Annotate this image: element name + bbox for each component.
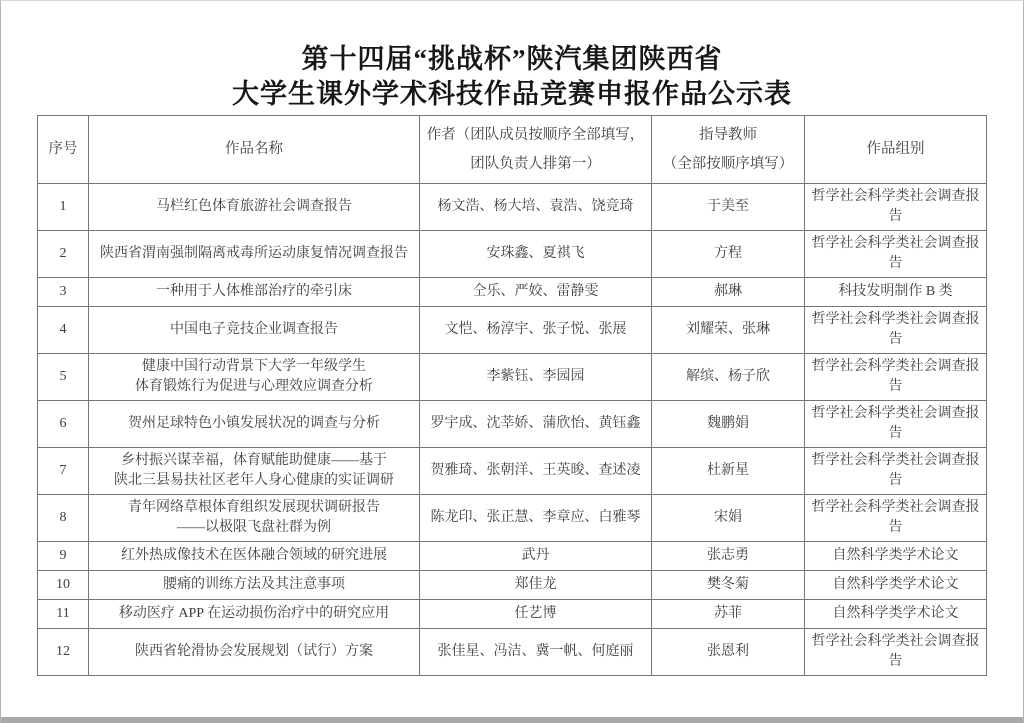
cell-index: 3 (38, 278, 89, 307)
works-table: 序号 作品名称 作者（团队成员按顺序全部填写， 团队负责人排第一） 指导教师 （… (37, 115, 987, 676)
cell-title: 中国电子竞技企业调查报告 (89, 307, 420, 354)
cell-index: 5 (38, 354, 89, 401)
cell-index: 6 (38, 401, 89, 448)
cell-authors: 郑佳龙 (420, 571, 652, 600)
cell-category: 哲学社会科学类社会调查报告 (805, 354, 987, 401)
table-row: 4中国电子竞技企业调查报告文恺、杨淳宇、张子悦、张展刘耀荣、张琳哲学社会科学类社… (38, 307, 987, 354)
cell-authors: 杨文浩、杨大培、袁浩、饶竞琦 (420, 184, 652, 231)
cell-authors: 安珠鑫、夏祺飞 (420, 231, 652, 278)
page-title-line-1: 第十四届“挑战杯”陕汽集团陕西省 (1, 42, 1023, 77)
cell-authors: 罗宇成、沈莘娇、蒲欣怡、黄钰鑫 (420, 401, 652, 448)
col-header-category: 作品组别 (805, 116, 987, 184)
cell-category: 科技发明制作 B 类 (805, 278, 987, 307)
cell-title: 一种用于人体椎部治疗的牵引床 (89, 278, 420, 307)
cell-title: 移动医疗 APP 在运动损伤治疗中的研究应用 (89, 600, 420, 629)
table-row: 5健康中国行动背景下大学一年级学生 体育锻炼行为促进与心理效应调查分析李紫钰、李… (38, 354, 987, 401)
page-title-line-2: 大学生课外学术科技作品竞赛申报作品公示表 (1, 77, 1023, 112)
cell-advisors: 魏鹏娟 (652, 401, 805, 448)
cell-title: 乡村振兴谋幸福，体育赋能助健康——基于 陕北三县易扶社区老年人身心健康的实证调研 (89, 448, 420, 495)
table-row: 10腰痛的训练方法及其注意事项郑佳龙樊冬菊自然科学类学术论文 (38, 571, 987, 600)
cell-authors: 贺雅琦、张朝洋、王英晙、查述凌 (420, 448, 652, 495)
cell-advisors: 张志勇 (652, 542, 805, 571)
cell-title: 健康中国行动背景下大学一年级学生 体育锻炼行为促进与心理效应调查分析 (89, 354, 420, 401)
cell-title: 贺州足球特色小镇发展状况的调查与分析 (89, 401, 420, 448)
cell-category: 哲学社会科学类社会调查报告 (805, 495, 987, 542)
col-header-advisors: 指导教师 （全部按顺序填写） (652, 116, 805, 184)
col-header-index: 序号 (38, 116, 89, 184)
col-header-title: 作品名称 (89, 116, 420, 184)
page-title: 第十四届“挑战杯”陕汽集团陕西省 大学生课外学术科技作品竞赛申报作品公示表 (1, 42, 1023, 112)
header-row: 序号 作品名称 作者（团队成员按顺序全部填写， 团队负责人排第一） 指导教师 （… (38, 116, 987, 184)
cell-advisors: 于美至 (652, 184, 805, 231)
document-page: 第十四届“挑战杯”陕汽集团陕西省 大学生课外学术科技作品竞赛申报作品公示表 序号… (0, 0, 1024, 723)
cell-advisors: 郝琳 (652, 278, 805, 307)
cell-advisors: 苏菲 (652, 600, 805, 629)
table-row: 2陕西省渭南强制隔离戒毒所运动康复情况调查报告安珠鑫、夏祺飞方程哲学社会科学类社… (38, 231, 987, 278)
cell-advisors: 方程 (652, 231, 805, 278)
cell-authors: 陈龙印、张正慧、李章应、白雅琴 (420, 495, 652, 542)
table-row: 3一种用于人体椎部治疗的牵引床仝乐、严姣、雷静雯郝琳科技发明制作 B 类 (38, 278, 987, 307)
table-row: 11移动医疗 APP 在运动损伤治疗中的研究应用任艺博苏菲自然科学类学术论文 (38, 600, 987, 629)
cell-index: 10 (38, 571, 89, 600)
cell-authors: 仝乐、严姣、雷静雯 (420, 278, 652, 307)
cell-advisors: 宋娟 (652, 495, 805, 542)
table-row: 9红外热成像技术在医体融合领域的研究进展武丹张志勇自然科学类学术论文 (38, 542, 987, 571)
cell-category: 哲学社会科学类社会调查报告 (805, 448, 987, 495)
cell-category: 自然科学类学术论文 (805, 571, 987, 600)
cell-title: 陕西省渭南强制隔离戒毒所运动康复情况调查报告 (89, 231, 420, 278)
cell-index: 1 (38, 184, 89, 231)
cell-advisors: 杜新星 (652, 448, 805, 495)
cell-index: 2 (38, 231, 89, 278)
cell-category: 哲学社会科学类社会调查报告 (805, 231, 987, 278)
table-row: 7乡村振兴谋幸福，体育赋能助健康——基于 陕北三县易扶社区老年人身心健康的实证调… (38, 448, 987, 495)
cell-title: 马栏红色体育旅游社会调查报告 (89, 184, 420, 231)
cell-index: 11 (38, 600, 89, 629)
table-row: 12陕西省轮滑协会发展规划（试行）方案张佳星、冯洁、冀一帆、何庭丽张恩利哲学社会… (38, 629, 987, 676)
cell-authors: 李紫钰、李园园 (420, 354, 652, 401)
cell-index: 8 (38, 495, 89, 542)
page-bottom-bar (1, 717, 1023, 723)
cell-category: 哲学社会科学类社会调查报告 (805, 629, 987, 676)
cell-index: 7 (38, 448, 89, 495)
cell-advisors: 张恩利 (652, 629, 805, 676)
cell-title: 陕西省轮滑协会发展规划（试行）方案 (89, 629, 420, 676)
cell-authors: 武丹 (420, 542, 652, 571)
cell-advisors: 刘耀荣、张琳 (652, 307, 805, 354)
cell-category: 自然科学类学术论文 (805, 542, 987, 571)
table-row: 8青年网络草根体育组织发展现状调研报告 ——以极限飞盘社群为例陈龙印、张正慧、李… (38, 495, 987, 542)
cell-index: 4 (38, 307, 89, 354)
table-row: 1马栏红色体育旅游社会调查报告杨文浩、杨大培、袁浩、饶竞琦于美至哲学社会科学类社… (38, 184, 987, 231)
cell-title: 腰痛的训练方法及其注意事项 (89, 571, 420, 600)
cell-authors: 任艺博 (420, 600, 652, 629)
cell-advisors: 樊冬菊 (652, 571, 805, 600)
cell-title: 青年网络草根体育组织发展现状调研报告 ——以极限飞盘社群为例 (89, 495, 420, 542)
cell-authors: 张佳星、冯洁、冀一帆、何庭丽 (420, 629, 652, 676)
cell-category: 自然科学类学术论文 (805, 600, 987, 629)
cell-title: 红外热成像技术在医体融合领域的研究进展 (89, 542, 420, 571)
cell-category: 哲学社会科学类社会调查报告 (805, 401, 987, 448)
cell-index: 9 (38, 542, 89, 571)
cell-advisors: 解缤、杨子欣 (652, 354, 805, 401)
table-row: 6贺州足球特色小镇发展状况的调查与分析罗宇成、沈莘娇、蒲欣怡、黄钰鑫魏鹏娟哲学社… (38, 401, 987, 448)
cell-authors: 文恺、杨淳宇、张子悦、张展 (420, 307, 652, 354)
cell-index: 12 (38, 629, 89, 676)
cell-category: 哲学社会科学类社会调查报告 (805, 184, 987, 231)
table-body: 1马栏红色体育旅游社会调查报告杨文浩、杨大培、袁浩、饶竞琦于美至哲学社会科学类社… (38, 184, 987, 676)
col-header-authors: 作者（团队成员按顺序全部填写， 团队负责人排第一） (420, 116, 652, 184)
cell-category: 哲学社会科学类社会调查报告 (805, 307, 987, 354)
